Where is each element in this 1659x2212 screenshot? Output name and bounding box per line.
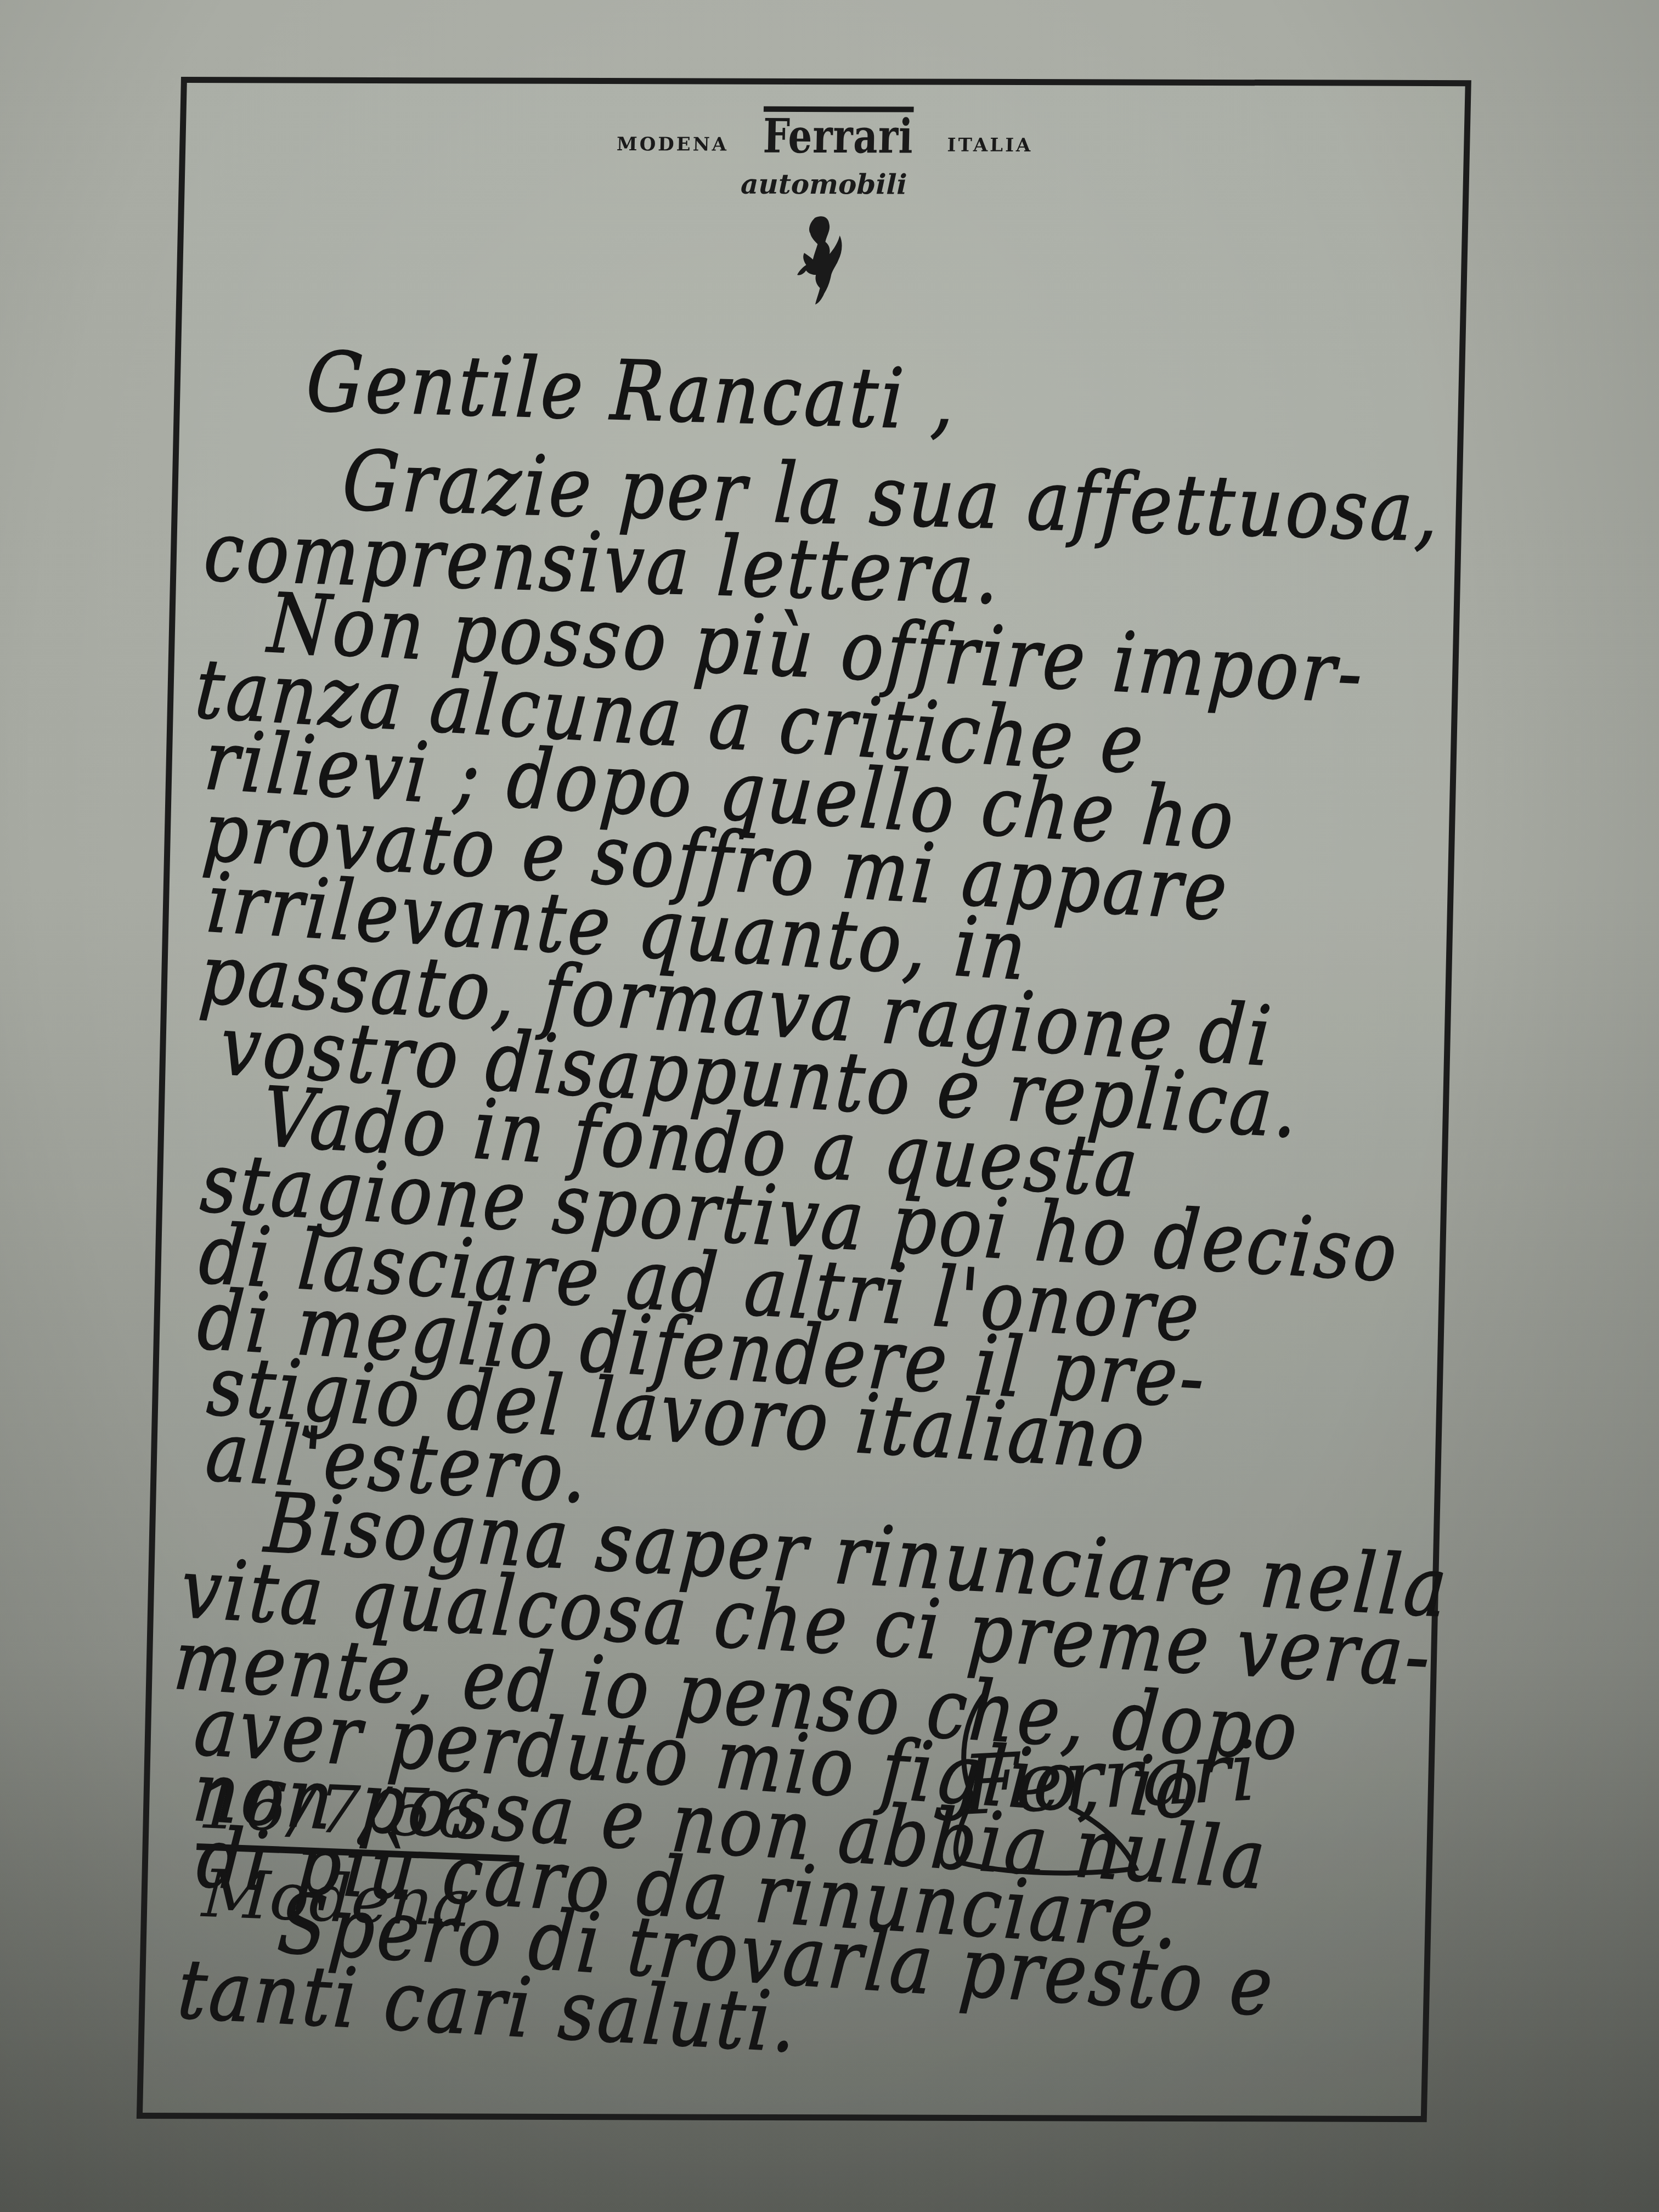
letterhead: MODENA Ferrari ITALIA automobili	[182, 105, 1465, 311]
handwritten-letter-body: Gentile Rancati ,Grazie per la sua affet…	[182, 341, 1460, 344]
letterhead-city: MODENA	[617, 133, 729, 156]
letter-sheet: MODENA Ferrari ITALIA automobili Gentile…	[137, 77, 1471, 2122]
letterhead-brand: Ferrari	[763, 106, 914, 161]
letterhead-country: ITALIA	[947, 134, 1033, 156]
prancing-horse-icon	[791, 213, 854, 307]
letterhead-subtitle: automobili	[184, 166, 1463, 202]
letter-place: Modena	[200, 1856, 474, 1942]
signature: Ferrari	[961, 1724, 1258, 1833]
letter-date: 16/7/56	[196, 1767, 523, 1862]
letter-line: Gentile Rancati ,	[304, 341, 958, 442]
